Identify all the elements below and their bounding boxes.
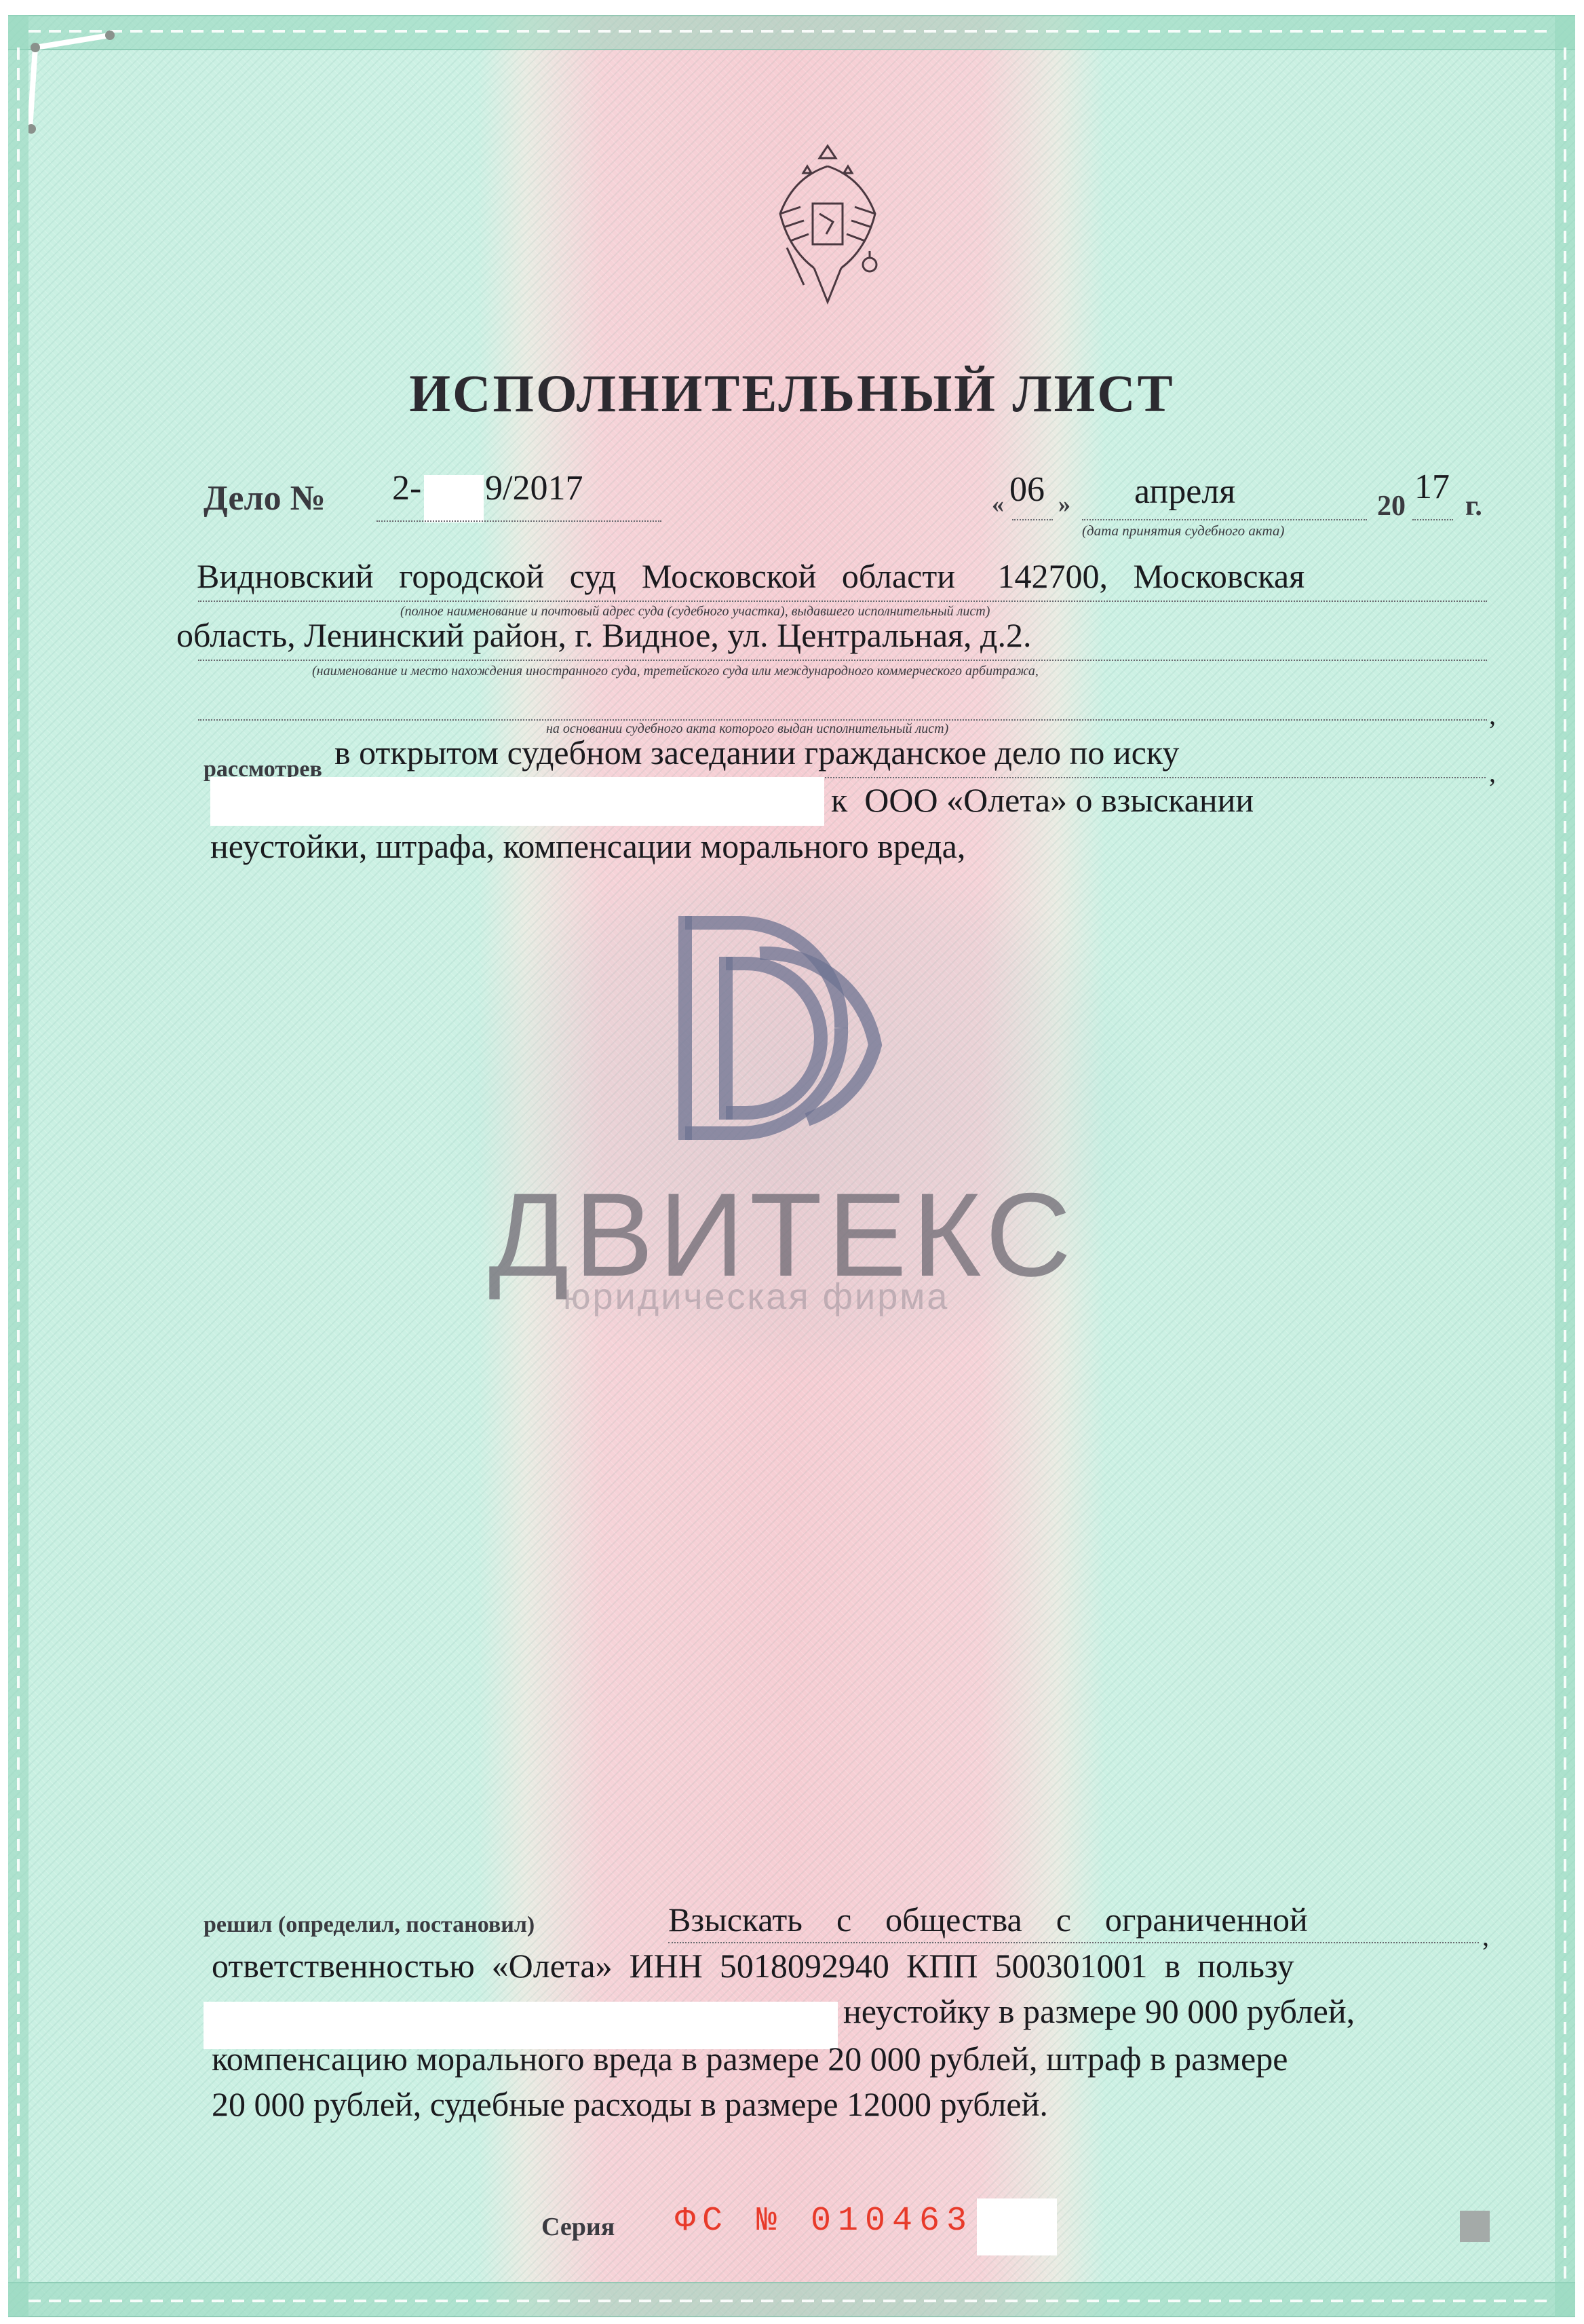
court-hint-2: (наименование и место нахождения иностра… <box>312 664 1039 679</box>
case-number-underline <box>376 520 661 522</box>
date-month: апреля <box>1134 472 1235 512</box>
date-open-quote: « <box>992 490 1004 518</box>
series-label: Серия <box>541 2212 615 2242</box>
redacted-series-digit <box>977 2198 1057 2255</box>
date-day: 06 <box>1009 470 1045 510</box>
redacted-case-digits <box>424 475 484 522</box>
date-hint: (дата принятия судебного акта) <box>1082 522 1284 539</box>
court-line-3-underline <box>198 719 1487 721</box>
case-number-prefix: 2- <box>392 468 421 508</box>
date-year-prefix: 20 <box>1377 490 1406 522</box>
series-number: ФС № 010463 <box>675 2202 973 2241</box>
decision-line-1-underline <box>668 1942 1479 1943</box>
watermark-subtitle: юридическая фирма <box>563 1276 949 1318</box>
decision-comma: , <box>1482 1920 1489 1952</box>
month-underline <box>1082 519 1367 520</box>
decision-line-4: компенсацию морального вреда в размере 2… <box>212 2039 1288 2078</box>
considered-comma: , <box>1489 757 1496 788</box>
decorative-border-top <box>8 15 1575 50</box>
court-line-2-underline <box>198 660 1487 661</box>
considered-line-1: в открытом судебном заседании гражданско… <box>334 733 1179 772</box>
document-title: ИСПОЛНИТЕЛЬНЫЙ ЛИСТ <box>0 363 1584 424</box>
dvitex-logo-icon <box>672 916 902 1140</box>
coat-of-arms-icon <box>767 139 889 309</box>
redacted-plaintiff-name <box>210 777 824 826</box>
decision-line-5: 20 000 рублей, судебные расходы в размер… <box>212 2084 1048 2124</box>
court-line-2: область, Ленинский район, г. Видное, ул.… <box>176 615 1031 655</box>
decision-line-3: неустойку в размере 90 000 рублей, <box>843 1992 1355 2031</box>
decision-label: решил (определил, постановил) <box>204 1912 535 1938</box>
case-label: Дело № <box>204 478 326 518</box>
court-line-1: Видновский городской суд Московской обла… <box>197 556 1305 596</box>
day-underline <box>1012 519 1053 520</box>
gray-marker-square <box>1460 2211 1490 2242</box>
date-year-suffix: 17 <box>1414 467 1450 507</box>
court-comma: , <box>1489 699 1496 731</box>
considered-line-3: неустойки, штрафа, компенсации моральног… <box>210 826 965 866</box>
considered-line-2: к ООО «Олета» о взыскании <box>831 780 1254 820</box>
date-year-label: г. <box>1465 490 1482 522</box>
year-underline <box>1412 519 1453 520</box>
dashed-line-top <box>28 30 1555 33</box>
date-close-quote: » <box>1058 490 1070 518</box>
decision-line-2: ответственностью «Олета» ИНН 5018092940 … <box>212 1946 1294 1985</box>
decision-line-1: Взыскать с общества с ограниченной <box>668 1900 1308 1939</box>
court-line-1-underline <box>198 601 1487 602</box>
dashed-line-bottom <box>28 2300 1555 2302</box>
case-number-suffix: 9/2017 <box>485 468 583 508</box>
binding-thread-icon <box>28 27 123 136</box>
